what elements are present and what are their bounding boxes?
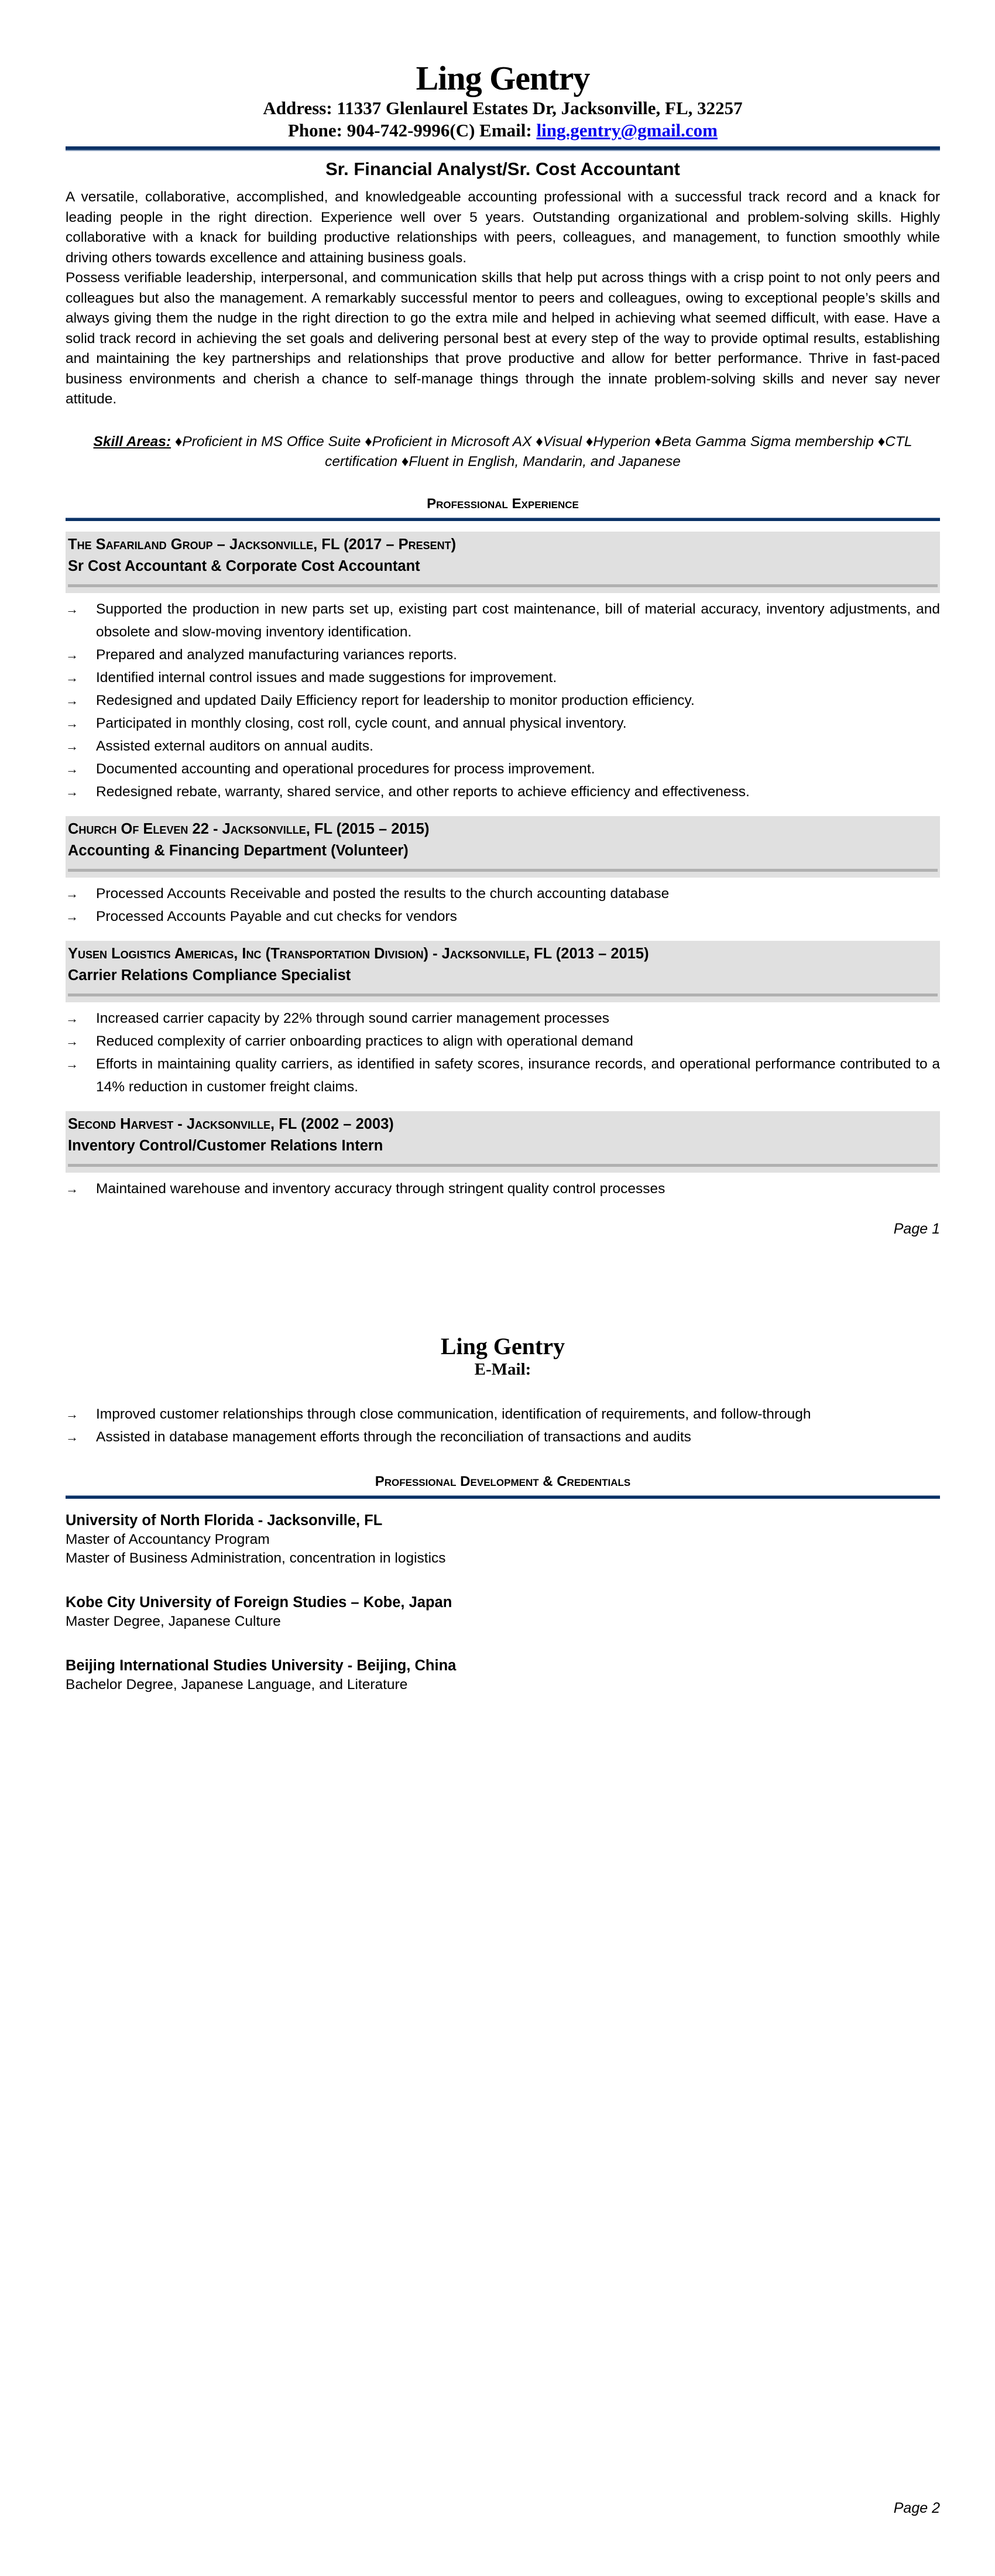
- school-name: Beijing International Studies University…: [66, 1656, 940, 1676]
- arrow-right-icon: →: [66, 689, 78, 712]
- education-heading: Professional Development & Credentials: [66, 1473, 940, 1491]
- list-item: →Increased carrier capacity by 22% throu…: [66, 1007, 940, 1030]
- arrow-right-icon: →: [66, 666, 78, 689]
- page-number: Page 1: [894, 1221, 940, 1238]
- bullet-text: Assisted external auditors on annual aud…: [96, 738, 373, 754]
- arrow-right-icon: →: [66, 1426, 78, 1448]
- list-item: →Efforts in maintaining quality carriers…: [66, 1053, 940, 1098]
- company-name: Church Of Eleven 22 - Jacksonville, FL (…: [68, 818, 938, 840]
- bullet-text: Maintained warehouse and inventory accur…: [96, 1181, 665, 1197]
- education-divider: [66, 1495, 940, 1499]
- phone-label: Phone: 904-742-9996(C) Email:: [288, 120, 536, 141]
- skill-areas-label: Skill Areas:: [94, 434, 171, 450]
- arrow-right-icon: →: [66, 758, 78, 780]
- job-header: Yusen Logistics Americas, Inc (Transport…: [66, 941, 940, 1002]
- education-entry: Beijing International Studies University…: [66, 1656, 940, 1694]
- job-bullets: →Supported the production in new parts s…: [66, 598, 940, 803]
- job-header: Church Of Eleven 22 - Jacksonville, FL (…: [66, 816, 940, 878]
- bullet-text: Assisted in database management efforts …: [96, 1429, 691, 1445]
- school-name: Kobe City University of Foreign Studies …: [66, 1592, 940, 1612]
- bullet-text: Increased carrier capacity by 22% throug…: [96, 1010, 609, 1026]
- summary-paragraph: Possess verifiable leadership, interpers…: [66, 268, 940, 410]
- list-item: →Redesigned and updated Daily Efficiency…: [66, 689, 940, 712]
- job-header-band: [68, 994, 938, 996]
- school-name: University of North Florida - Jacksonvil…: [66, 1510, 940, 1530]
- role-title: Carrier Relations Compliance Specialist: [68, 965, 938, 986]
- bullet-text: Efforts in maintaining quality carriers,…: [96, 1056, 940, 1095]
- company-name: Yusen Logistics Americas, Inc (Transport…: [68, 943, 938, 965]
- job-entry: The Safariland Group – Jacksonville, FL …: [66, 532, 940, 803]
- job-header-band: [68, 869, 938, 872]
- candidate-name: Ling Gentry: [66, 1334, 940, 1359]
- arrow-right-icon: →: [66, 1177, 78, 1200]
- page-number: Page 2: [894, 2500, 940, 2517]
- list-item: →Processed Accounts Payable and cut chec…: [66, 905, 940, 928]
- bullet-text: Identified internal control issues and m…: [96, 670, 557, 686]
- education-list: University of North Florida - Jacksonvil…: [66, 1510, 940, 1694]
- job-bullets: →Processed Accounts Receivable and poste…: [66, 882, 940, 928]
- continued-bullets: →Improved customer relationships through…: [66, 1403, 940, 1448]
- degree: Master Degree, Japanese Culture: [66, 1612, 940, 1631]
- summary-section: A versatile, collaborative, accomplished…: [66, 187, 940, 410]
- company-name: The Safariland Group – Jacksonville, FL …: [68, 534, 938, 556]
- resume-page-2: Ling Gentry E-Mail: →Improved customer r…: [0, 1276, 995, 2576]
- job-header: The Safariland Group – Jacksonville, FL …: [66, 532, 940, 593]
- skill-areas: Skill Areas: ♦Proficient in MS Office Su…: [66, 432, 940, 472]
- list-item: →Participated in monthly closing, cost r…: [66, 712, 940, 735]
- bullet-text: Processed Accounts Payable and cut check…: [96, 909, 457, 924]
- list-item: →Assisted external auditors on annual au…: [66, 735, 940, 758]
- bullet-text: Prepared and analyzed manufacturing vari…: [96, 647, 457, 663]
- list-item: →Prepared and analyzed manufacturing var…: [66, 643, 940, 666]
- bullet-text: Redesigned rebate, warranty, shared serv…: [96, 784, 750, 800]
- summary-paragraph: A versatile, collaborative, accomplished…: [66, 187, 940, 268]
- job-header-band: [68, 1164, 938, 1167]
- job-entry: Church Of Eleven 22 - Jacksonville, FL (…: [66, 816, 940, 928]
- resume-page-1: Ling Gentry Address: 11337 Glenlaurel Es…: [0, 0, 995, 1276]
- arrow-right-icon: →: [66, 1053, 78, 1075]
- role-title: Accounting & Financing Department (Volun…: [68, 840, 938, 862]
- company-name: Second Harvest - Jacksonville, FL (2002 …: [68, 1114, 938, 1135]
- bullet-text: Documented accounting and operational pr…: [96, 761, 595, 777]
- arrow-right-icon: →: [66, 643, 78, 666]
- job-bullets: →Increased carrier capacity by 22% throu…: [66, 1007, 940, 1098]
- list-item: →Supported the production in new parts s…: [66, 598, 940, 643]
- bullet-text: Processed Accounts Receivable and posted…: [96, 886, 669, 902]
- experience-divider: [66, 518, 940, 521]
- degree: Bachelor Degree, Japanese Language, and …: [66, 1676, 940, 1694]
- experience-list: The Safariland Group – Jacksonville, FL …: [66, 532, 940, 1200]
- role-title: Sr Cost Accountant & Corporate Cost Acco…: [68, 556, 938, 577]
- arrow-right-icon: →: [66, 882, 78, 905]
- list-item: →Processed Accounts Receivable and poste…: [66, 882, 940, 905]
- bullet-text: Reduced complexity of carrier onboarding…: [96, 1033, 633, 1049]
- phone-email-line: Phone: 904-742-9996(C) Email: ling.gentr…: [66, 119, 940, 142]
- role-title: Inventory Control/Customer Relations Int…: [68, 1135, 938, 1157]
- arrow-right-icon: →: [66, 1403, 78, 1426]
- education-entry: University of North Florida - Jacksonvil…: [66, 1510, 940, 1568]
- job-header: Second Harvest - Jacksonville, FL (2002 …: [66, 1111, 940, 1173]
- degree: Master of Business Administration, conce…: [66, 1549, 940, 1568]
- arrow-right-icon: →: [66, 905, 78, 928]
- page-1-content: Ling Gentry Address: 11337 Glenlaurel Es…: [66, 0, 940, 1200]
- list-item: →Improved customer relationships through…: [66, 1403, 940, 1426]
- degree: Master of Accountancy Program: [66, 1530, 940, 1549]
- arrow-right-icon: →: [66, 1030, 78, 1053]
- list-item: →Assisted in database management efforts…: [66, 1426, 940, 1448]
- arrow-right-icon: →: [66, 735, 78, 758]
- education-entry: Kobe City University of Foreign Studies …: [66, 1592, 940, 1631]
- job-entry: Yusen Logistics Americas, Inc (Transport…: [66, 941, 940, 1098]
- header-divider: [66, 146, 940, 151]
- bullet-text: Participated in monthly closing, cost ro…: [96, 715, 627, 731]
- target-job-title: Sr. Financial Analyst/Sr. Cost Accountan…: [66, 158, 940, 180]
- arrow-right-icon: →: [66, 1007, 78, 1030]
- job-bullets: →Maintained warehouse and inventory accu…: [66, 1177, 940, 1200]
- experience-heading: Professional Experience: [66, 495, 940, 513]
- job-entry: Second Harvest - Jacksonville, FL (2002 …: [66, 1111, 940, 1200]
- bullet-text: Redesigned and updated Daily Efficiency …: [96, 693, 695, 708]
- bullet-text: Improved customer relationships through …: [96, 1406, 811, 1422]
- skill-areas-list: ♦Proficient in MS Office Suite ♦Proficie…: [175, 434, 912, 470]
- list-item: →Identified internal control issues and …: [66, 666, 940, 689]
- arrow-right-icon: →: [66, 598, 78, 621]
- email-label: E-Mail:: [66, 1359, 940, 1379]
- list-item: →Documented accounting and operational p…: [66, 758, 940, 780]
- list-item: →Redesigned rebate, warranty, shared ser…: [66, 780, 940, 803]
- arrow-right-icon: →: [66, 780, 78, 803]
- arrow-right-icon: →: [66, 712, 78, 735]
- list-item: →Reduced complexity of carrier onboardin…: [66, 1030, 940, 1053]
- bullet-text: Supported the production in new parts se…: [96, 601, 940, 640]
- candidate-name: Ling Gentry: [66, 60, 940, 97]
- list-item: →Maintained warehouse and inventory accu…: [66, 1177, 940, 1200]
- job-header-band: [68, 584, 938, 587]
- address-line: Address: 11337 Glenlaurel Estates Dr, Ja…: [66, 97, 940, 119]
- page-2-content: Ling Gentry E-Mail: →Improved customer r…: [66, 1276, 940, 1694]
- email-link[interactable]: ling.gentry@gmail.com: [536, 120, 718, 141]
